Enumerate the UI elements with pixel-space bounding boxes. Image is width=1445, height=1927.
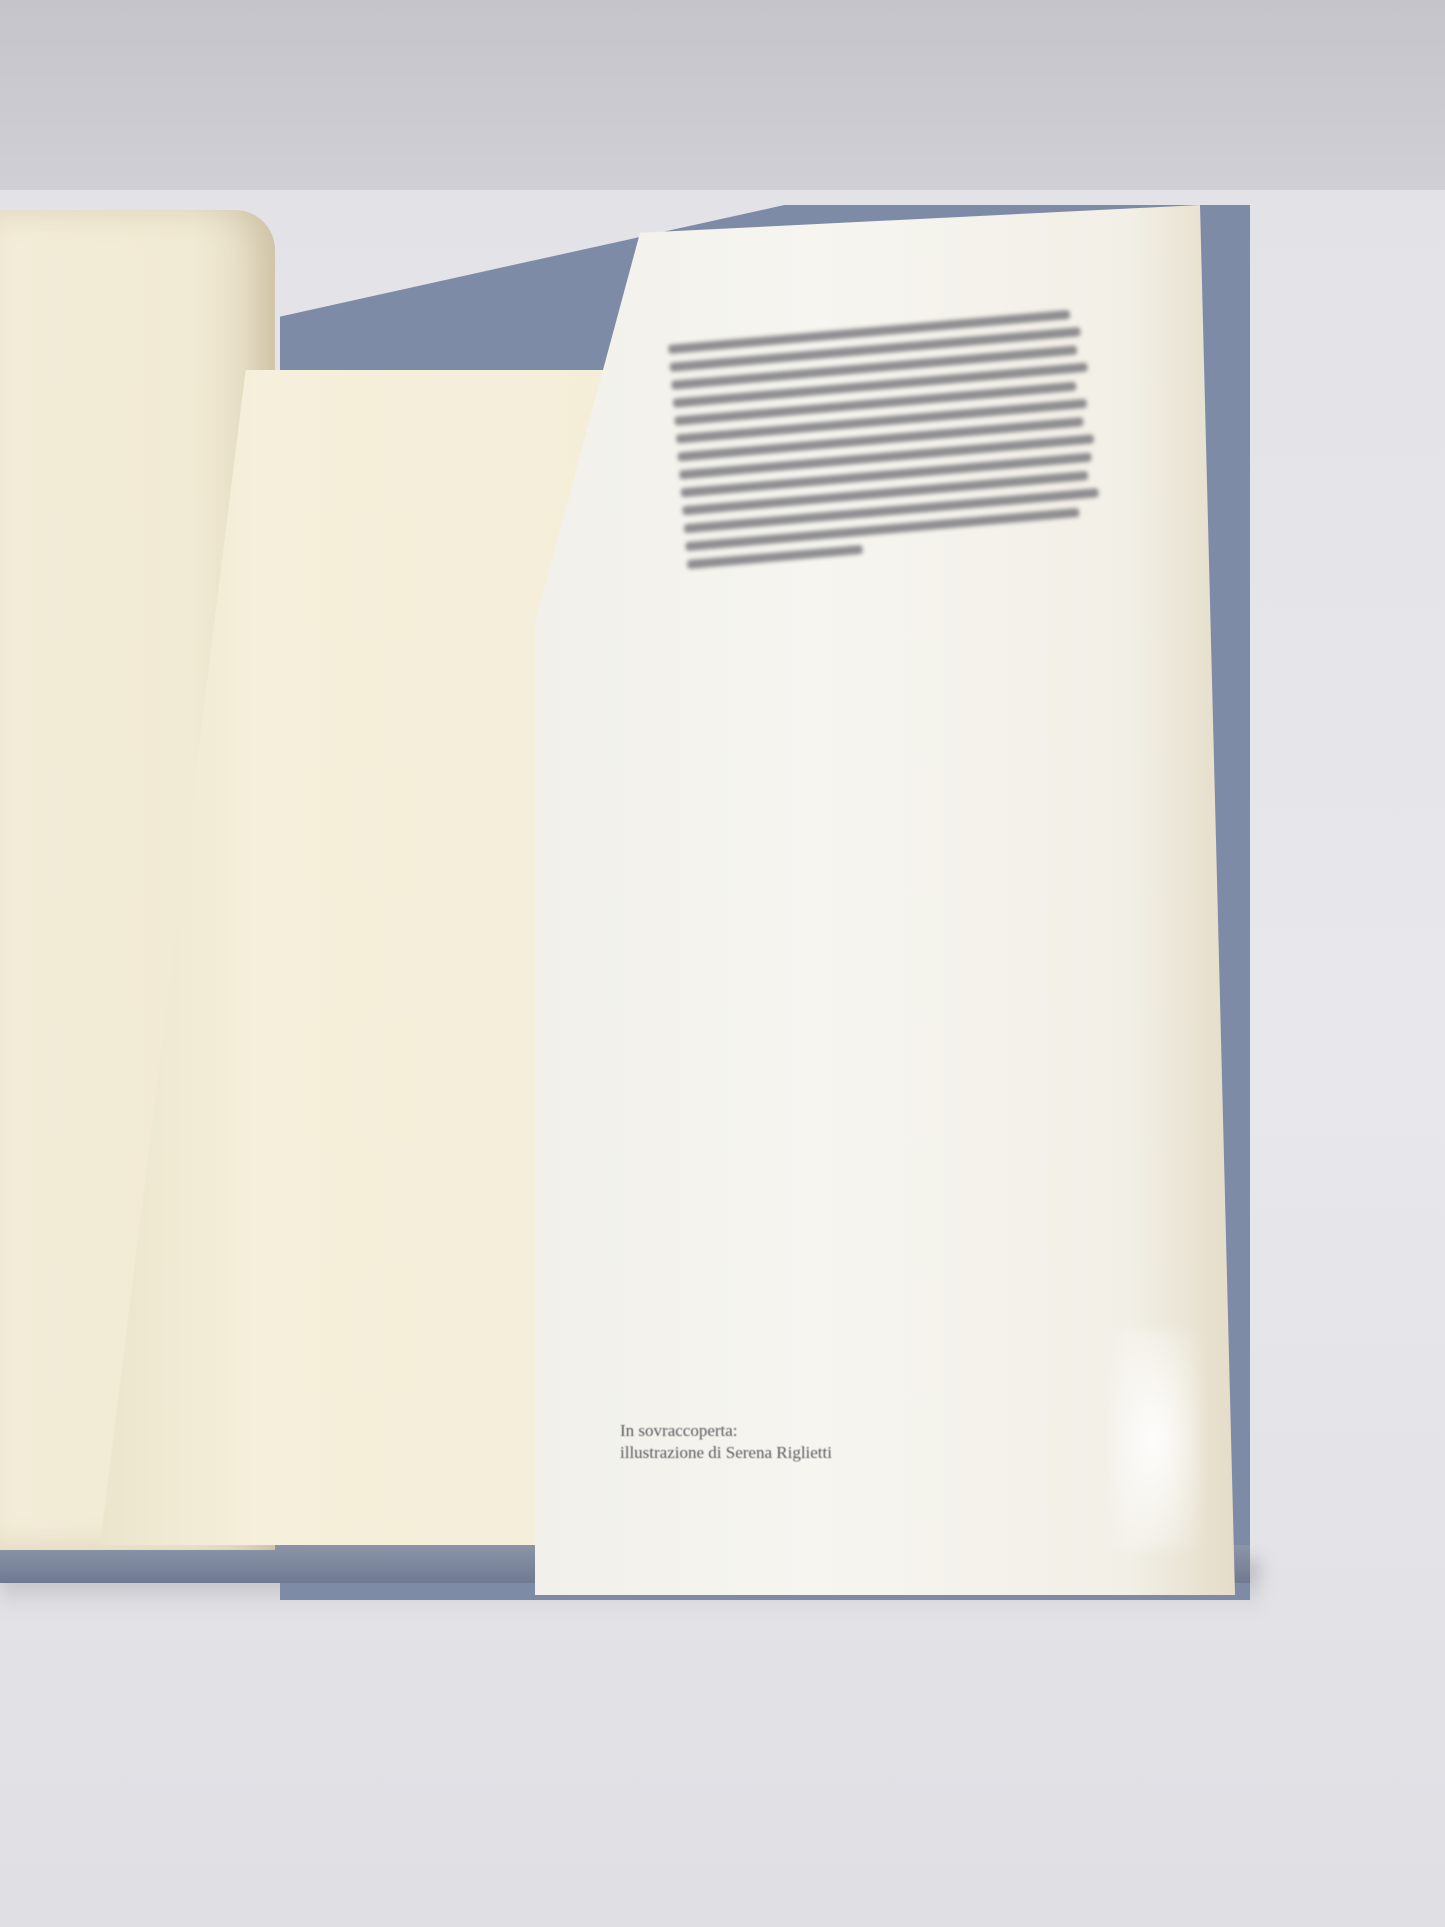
light-reflection	[1110, 1330, 1200, 1550]
cover-illustration-credit: In sovraccoperta: illustrazione di Seren…	[620, 1420, 832, 1464]
caption-line-2: illustrazione di Serena Riglietti	[620, 1442, 832, 1464]
background-wall	[0, 0, 1445, 200]
caption-line-1: In sovraccoperta:	[620, 1420, 832, 1442]
flap-paragraph-illegible	[668, 308, 1107, 578]
